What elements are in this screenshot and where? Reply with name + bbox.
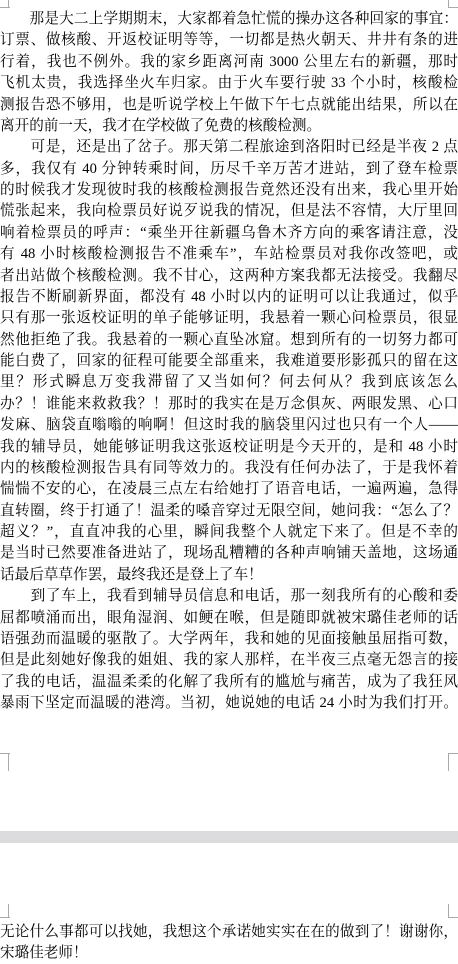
text-line: 的时候我才发现彼时我的核酸检测报告竟然还没有出来，我心里开始 xyxy=(0,180,458,201)
text-line: 宋璐佳老师！ xyxy=(0,943,458,964)
text-line: 内的核酸检测报告具有同等效力的。我没有任何办法了，于是我怀着 xyxy=(0,458,458,479)
text-line: 直转圈，终于打通了！温柔的嗓音穿过无限空间，她问我：“怎么了？ xyxy=(0,501,458,522)
text-line: 有 48 小时核酸检测报告不准乘车”，车站检票员对我你改签吧，或 xyxy=(0,244,458,265)
page1-bottom-right-crop-mark xyxy=(448,753,449,771)
page-1-text: 那是大二上学期期末，大家都着急忙慌的操办这各种回家的事宜：订票、做核酸、开返校证… xyxy=(0,9,458,714)
page2-top-right-crop-mark xyxy=(448,917,458,918)
text-line: 里？形式瞬息万变我滞留了又当如何？何去何从？我到底该怎么 xyxy=(0,372,458,393)
text-line: 办？！谁能来救救我？！那时的我实在是万念俱灰、两眼发黑、心口 xyxy=(0,394,458,415)
text-line: 可是，还是出了岔子。那天第二程旅途到洛阳时已经是半夜 2 点 xyxy=(0,137,458,158)
text-line: 超义？”，直直冲我的心里，瞬间我整个人就定下来了。但是不幸的 xyxy=(0,522,458,543)
text-line: 惴惴不安的心，在凌晨三点左右给她打了语音电话，一遍两遍，急得 xyxy=(0,479,458,500)
text-line: 行着，我也不例外。我的家乡距离河南 3000 公里左右的新疆，那时 xyxy=(0,52,458,73)
page-break-gap xyxy=(0,831,458,843)
text-line: 只有那一张返校证明的单子能够证明，我悬着一颗心问检票员，很显 xyxy=(0,308,458,329)
text-line: 了我的电话，温温柔柔的化解了我所有的尴尬与痛苦，成为了我狂风 xyxy=(0,672,458,693)
page1-bottom-left-crop-mark xyxy=(8,753,9,771)
text-line: 屈都喷涌而出，眼角湿润、如鲠在喉，但是随即就被宋璐佳老师的话 xyxy=(0,608,458,629)
text-line: 然他拒绝了我。我悬着的一颗心直坠冰窟。想到所有的一切努力都可 xyxy=(0,330,458,351)
text-line: 能白费了，回家的征程可能要全部重来，我难道要形影孤只的留在这 xyxy=(0,351,458,372)
text-line: 慌张起来，我向检票员好说歹说我的情况，但是法不容情，大厅里回 xyxy=(0,201,458,222)
text-line: 我的辅导员，她能够证明我这张返校证明是今天开的，是和 48 小时 xyxy=(0,437,458,458)
text-line: 发麻、脑袋直嗡嗡的响啊！但这时我的脑袋里闪过也只有一个人—— xyxy=(0,415,458,436)
page2-top-left-crop-mark xyxy=(8,904,9,918)
text-line: 到了车上，我看到辅导员信息和电话，那一刻我所有的心酸和委 xyxy=(0,586,458,607)
page1-bottom-right-crop-mark xyxy=(448,753,458,754)
text-line: 多，我仅有 40 分钟转乘时间，历尽千辛万苦才进站，到了登车检票 xyxy=(0,159,458,180)
text-line: 离开的前一天，我才在学校做了免费的核酸检测。 xyxy=(0,116,458,137)
text-line: 话最后草草作罢，最终我还是登上了车！ xyxy=(0,565,458,586)
text-line: 但是此刻她好像我的姐姐、我的家人那样，在半夜三点毫无怨言的接 xyxy=(0,650,458,671)
document-canvas: 那是大二上学期期末，大家都着急忙慌的操办这各种回家的事宜：订票、做核酸、开返校证… xyxy=(0,0,458,964)
text-line: 测报告恐不够用，也是听说学校上午做下午七点就能出结果，所以在 xyxy=(0,95,458,116)
page2-top-left-crop-mark xyxy=(0,917,10,918)
page1-top-left-crop-mark xyxy=(0,7,10,8)
text-line: 者出站做个核酸检测。我不甘心，这两种方案我都无法接受。我翻尽 xyxy=(0,266,458,287)
page-2-text: 无论什么事都可以找她，我想这个承诺她实实在在的做到了！谢谢你，宋璐佳老师！ xyxy=(0,922,458,964)
text-line: 那是大二上学期期末，大家都着急忙慌的操办这各种回家的事宜： xyxy=(0,9,458,30)
text-line: 报告不断刷新界面，都没有 48 小时以内的证明可以让我通过，似乎 xyxy=(0,287,458,308)
text-line: 暴雨下坚定而温暖的港湾。当初，她说她的电话 24 小时为我们打开。 xyxy=(0,693,458,714)
page1-top-right-crop-mark xyxy=(448,7,458,8)
text-line: 订票、做核酸、开返校证明等等，一切都是热火朝天、井井有条的进 xyxy=(0,30,458,51)
text-line: 是当时已然要准备进站了，现场乱糟糟的各种声响铺天盖地，这场通 xyxy=(0,543,458,564)
text-line: 语强劲而温暖的驱散了。大学两年，我和她的见面接触虽屈指可数， xyxy=(0,629,458,650)
text-line: 无论什么事都可以找她，我想这个承诺她实实在在的做到了！谢谢你， xyxy=(0,922,458,943)
text-line: 响着检票员的呼声：“乘坐开往新疆乌鲁木齐方向的乘客请注意，没 xyxy=(0,223,458,244)
page2-top-right-crop-mark xyxy=(448,904,449,918)
text-line: 飞机太贵，我选择坐火车归家。由于火车要行驶 33 个小时，核酸检 xyxy=(0,73,458,94)
